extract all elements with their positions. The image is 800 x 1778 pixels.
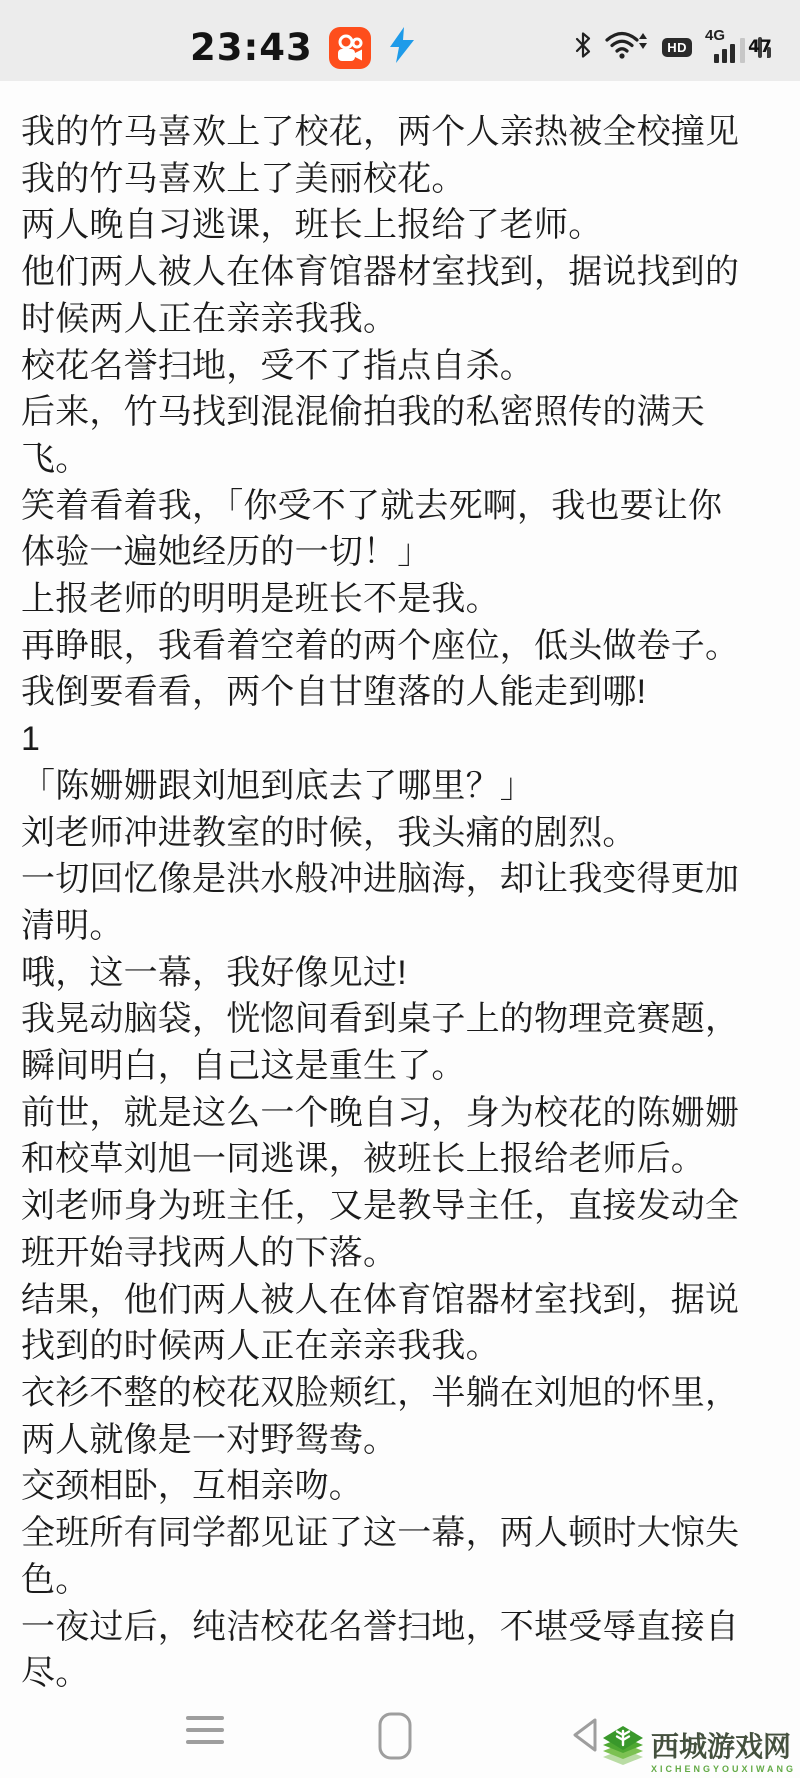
story-line: 哦，这一幕，我好像见过! <box>21 950 779 997</box>
signal-bars <box>714 38 745 63</box>
story-line: 再睁眼，我看着空着的两个座位，低头做卷子。 <box>21 623 779 670</box>
story-line: 交颈相卧，互相亲吻。 <box>21 1463 779 1510</box>
story-line: 两人晚自习逃课，班长上报给了老师。 <box>21 202 779 249</box>
story-line: 他们两人被人在体育馆器材室找到，据说找到的 <box>21 249 779 296</box>
story-line: 瞬间明白，自己这是重生了。 <box>21 1043 779 1090</box>
story-line: 校花名誉扫地，受不了指点自杀。 <box>21 343 779 390</box>
status-bar-right: HD 4G 47 <box>574 30 770 65</box>
battery-nub <box>767 47 771 58</box>
story-line: 刘老师冲进教室的时候，我头痛的剧烈。 <box>21 810 779 857</box>
status-bar-left: 23:43 <box>190 26 417 69</box>
story-line: 全班所有同学都见证了这一幕，两人顿时大惊失 <box>21 1510 779 1557</box>
story-line: 班开始寻找两人的下落。 <box>21 1230 779 1277</box>
story-line: 上报老师的明明是班长不是我。 <box>21 576 779 623</box>
watermark-subtitle: XICHENGYOUXIWANG <box>651 1764 796 1774</box>
story-line: 体验一遍她经历的一切！」 <box>21 529 779 576</box>
story-line: 衣衫不整的校花双脸颊红，半躺在刘旭的怀里， <box>21 1370 779 1417</box>
story-line: 色。 <box>21 1557 779 1604</box>
story-line: 清明。 <box>21 903 779 950</box>
flash-charging-icon <box>387 26 417 69</box>
signal-4g-icon: 4G <box>705 31 745 65</box>
story-line: 一夜过后，纯洁校花名誉扫地，不堪受辱直接自 <box>21 1604 779 1651</box>
battery-icon: 47 <box>758 39 762 57</box>
story-line: 我倒要看看，两个自甘堕落的人能走到哪! <box>21 669 779 716</box>
home-button[interactable] <box>376 1710 416 1765</box>
story-line: 找到的时候两人正在亲亲我我。 <box>21 1323 779 1370</box>
wifi-icon <box>605 30 649 65</box>
menu-icon <box>186 1716 224 1744</box>
kuaishou-app-icon <box>329 27 371 69</box>
watermark: 西城游戏网 XICHENGYOUXIWANG <box>600 1723 796 1774</box>
story-line: 尽。 <box>21 1650 779 1694</box>
story-line: 笑着看着我，「你受不了就去死啊，我也要让你 <box>21 483 779 530</box>
bluetooth-icon <box>574 31 592 64</box>
story-line: 一切回忆像是洪水般冲进脑海，却让我变得更加 <box>21 856 779 903</box>
story-line: 和校草刘旭一同逃课，被班长上报给老师后。 <box>21 1136 779 1183</box>
watermark-title: 西城游戏网 <box>651 1732 791 1763</box>
phone-screen: 23:43 <box>0 0 800 1778</box>
story-line: 飞。 <box>21 436 779 483</box>
story-line: 后来，竹马找到混混偷拍我的私密照传的满天 <box>21 389 779 436</box>
story-line: 我的竹马喜欢上了校花，两个人亲热被全校撞见 <box>21 109 779 156</box>
story-line: 前世，就是这么一个晚自习，身为校花的陈姗姗 <box>21 1090 779 1137</box>
watermark-logo-icon <box>600 1723 646 1774</box>
clock: 23:43 <box>190 26 313 69</box>
menu-button[interactable] <box>186 1716 224 1744</box>
story-line: 两人就像是一对野鸳鸯。 <box>21 1417 779 1464</box>
story-line: 「陈姗姗跟刘旭到底去了哪里？」 <box>21 763 779 810</box>
story-line: 我的竹马喜欢上了美丽校花。 <box>21 156 779 203</box>
hd-badge: HD <box>662 38 692 57</box>
story-line: 1 <box>21 716 779 763</box>
story-line: 结果，他们两人被人在体育馆器材室找到，据说 <box>21 1277 779 1324</box>
story-line: 时候两人正在亲亲我我。 <box>21 296 779 343</box>
story-text[interactable]: 我的竹马喜欢上了校花，两个人亲热被全校撞见我的竹马喜欢上了美丽校花。两人晚自习逃… <box>0 81 800 1694</box>
status-bar: 23:43 <box>0 0 800 81</box>
story-line: 刘老师身为班主任，又是教导主任，直接发动全 <box>21 1183 779 1230</box>
story-line: 我晃动脑袋，恍惚间看到桌子上的物理竞赛题， <box>21 996 779 1043</box>
home-icon <box>376 1710 416 1762</box>
